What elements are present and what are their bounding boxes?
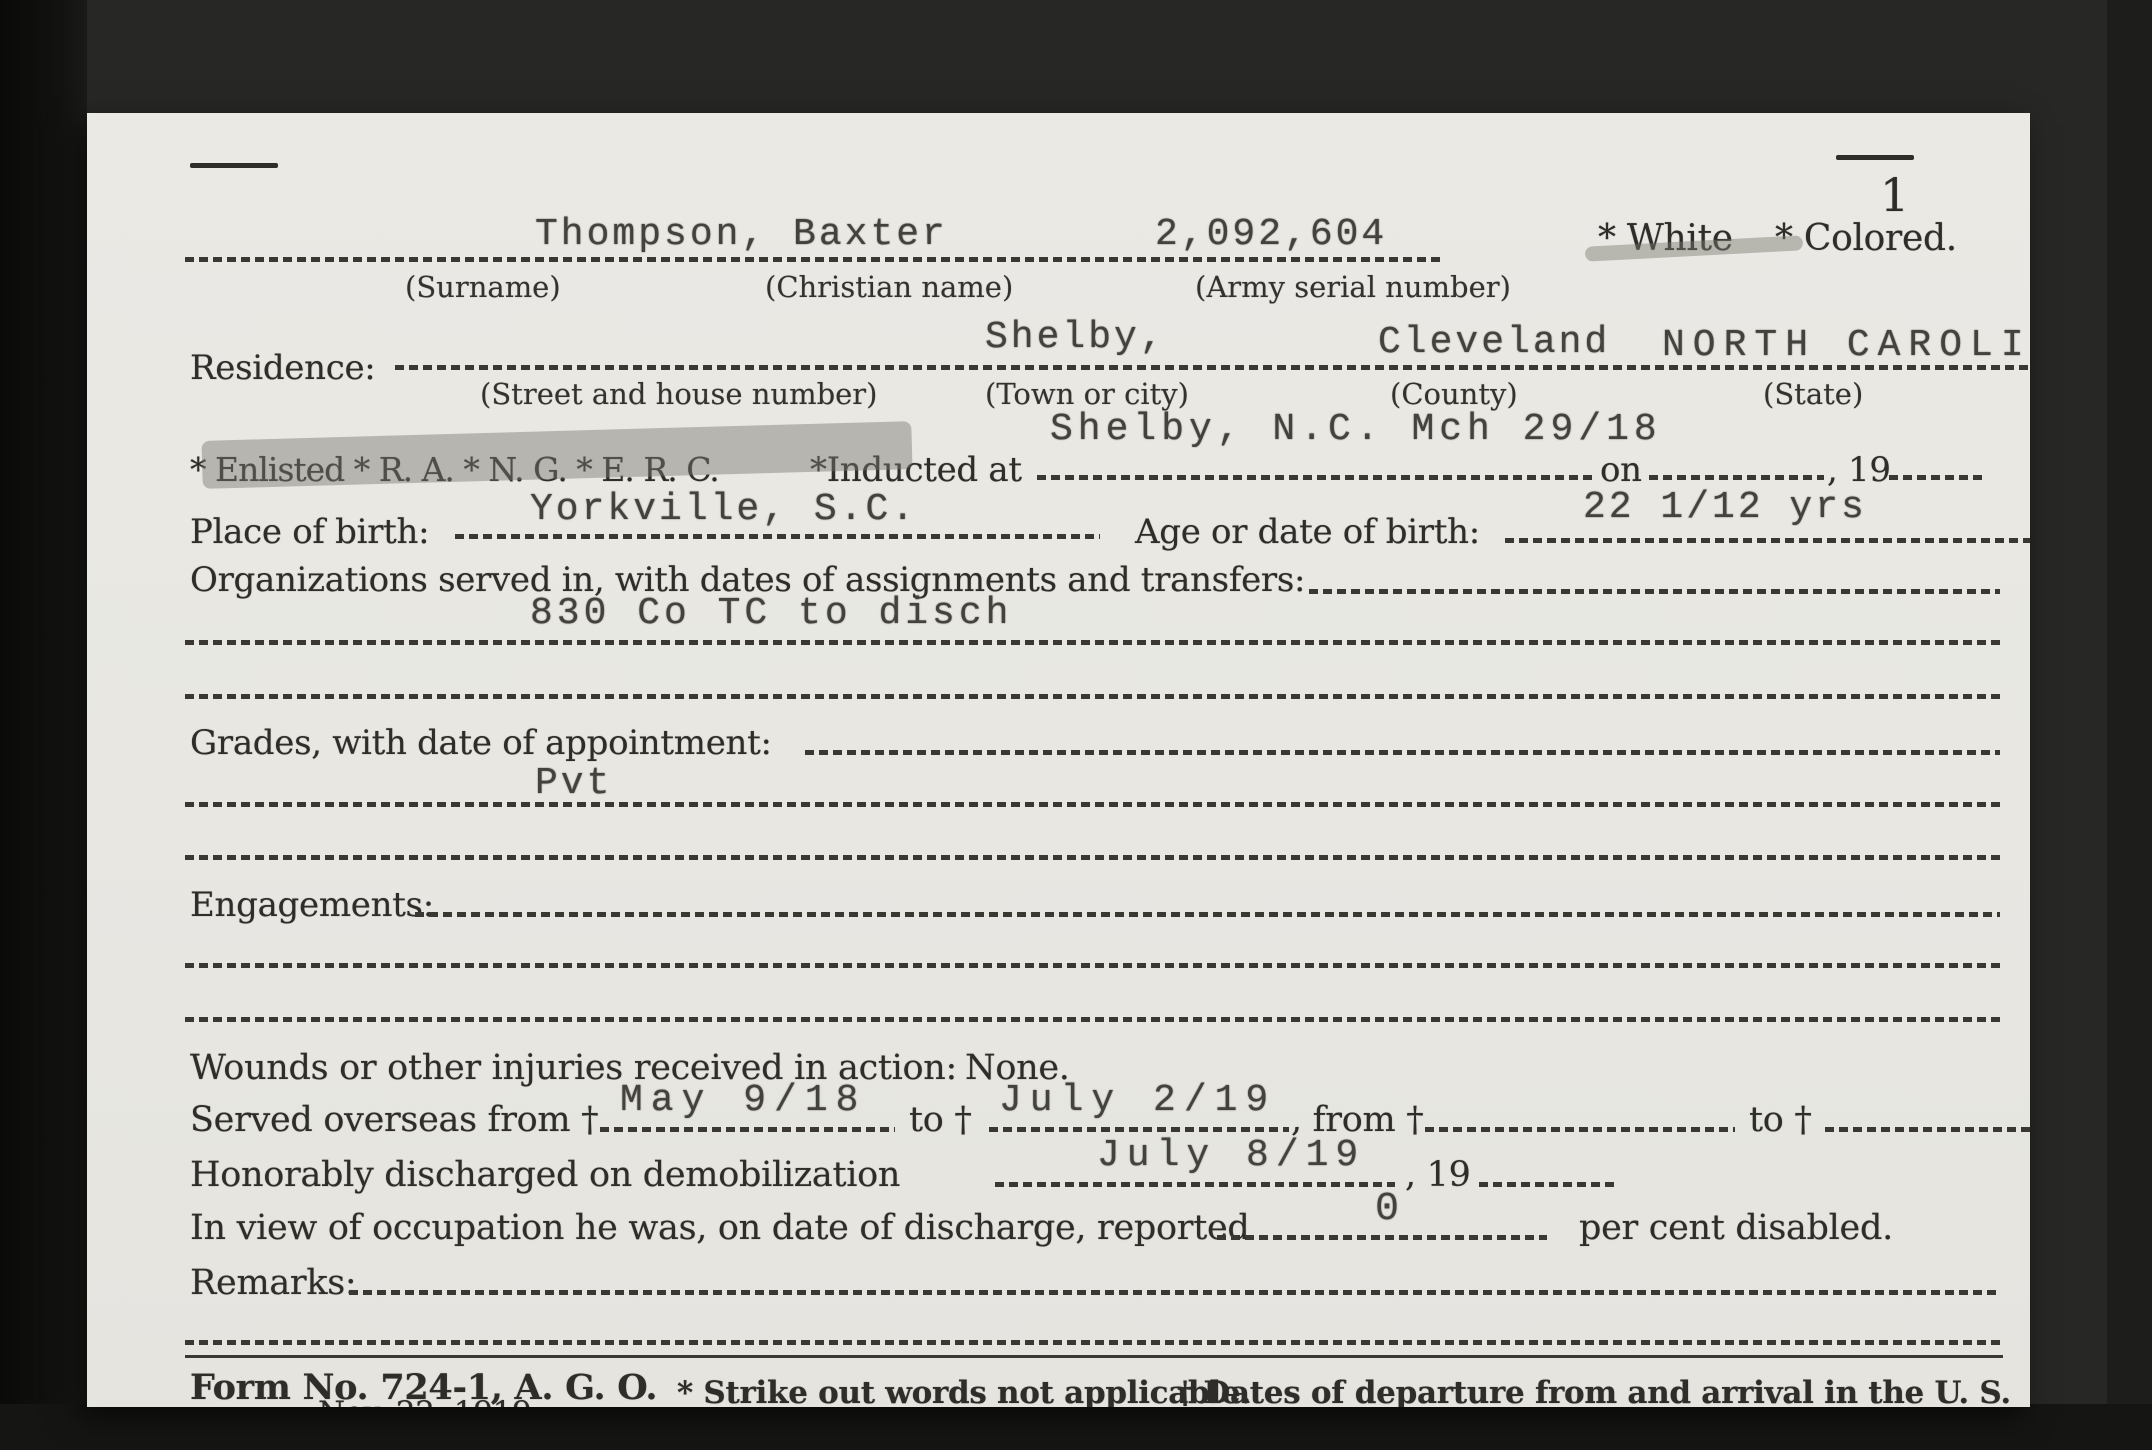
grades-rule-1	[805, 750, 2000, 755]
typed-disability-value: 0	[1375, 1187, 1402, 1232]
bottom-solid-rule	[185, 1355, 2003, 1358]
age-label: Age or date of birth:	[1135, 512, 1480, 552]
organizations-rule-1	[1309, 589, 2000, 594]
organizations-rule-3	[185, 694, 2000, 699]
overseas-to1-label: to †	[909, 1100, 972, 1140]
christian-name-caption: (Christian name)	[765, 270, 1013, 304]
overseas-from1-rule	[600, 1127, 895, 1132]
place-of-birth-rule	[455, 534, 1100, 539]
remarks-rule	[349, 1290, 2000, 1295]
overseas-to2-label: to †	[1749, 1100, 1812, 1140]
grades-rule-2	[185, 802, 2000, 807]
organizations-rule-2	[185, 640, 2000, 645]
name-row-rule	[185, 257, 1443, 262]
engagements-label: Engagements:	[190, 885, 434, 925]
residence-label: Residence:	[190, 348, 375, 388]
typed-induction-place-date: Shelby, N.C. Mch 29/18	[1050, 408, 1662, 451]
typed-discharge-date: July 8/19	[1097, 1134, 1365, 1177]
state-caption: (State)	[1763, 377, 1863, 411]
scan-border-bottom	[0, 1404, 2152, 1450]
discharge-year-label: , 19	[1405, 1155, 1471, 1195]
strike-note-label: * Strike out words not applicable.	[677, 1375, 1251, 1407]
typed-state-value: NORTH CAROLINA	[1662, 324, 2030, 367]
form-date-label: Nov. 22, 1919	[318, 1395, 531, 1407]
dagger-note-label: † Dates of departure from and arrival in…	[1177, 1375, 2011, 1407]
typed-name-value: Thompson, Baxter	[535, 213, 948, 256]
typed-overseas-from1: May 9/18	[620, 1079, 866, 1122]
inducted-at-rule	[1037, 475, 1597, 480]
age-rule	[1505, 538, 2030, 543]
race-colored-label: * Colored.	[1775, 218, 1957, 259]
typed-county-value: Cleveland	[1378, 321, 1610, 364]
scan-border-right	[2107, 0, 2152, 1450]
county-caption: (County)	[1390, 377, 1518, 411]
pen-mark-top-left	[190, 163, 278, 168]
grades-rule-3	[185, 855, 2000, 860]
bottom-dotted-rule	[185, 1340, 2000, 1345]
overseas-from2-rule	[1425, 1127, 1735, 1132]
overseas-to1-rule	[989, 1127, 1289, 1132]
page-number: 1	[1880, 168, 1909, 222]
inducted-on-label: on	[1600, 450, 1642, 490]
street-caption: (Street and house number)	[480, 377, 877, 411]
overseas-from1-label: Served overseas from †	[190, 1100, 598, 1140]
inducted-year-rule	[1889, 475, 1984, 480]
typed-overseas-to1: July 2/19	[999, 1079, 1276, 1122]
town-caption: (Town or city)	[985, 377, 1189, 411]
remarks-label: Remarks:	[190, 1263, 356, 1303]
grades-label: Grades, with date of appointment:	[190, 723, 772, 763]
scan-border-left	[0, 0, 87, 1450]
disability-rule	[1217, 1235, 1547, 1240]
engagements-rule-2	[185, 963, 2000, 968]
inducted-year-label: , 19	[1827, 450, 1891, 490]
surname-caption: (Surname)	[405, 270, 561, 304]
service-record-card: 1 Thompson, Baxter 2,092,604 * White * C…	[87, 113, 2030, 1407]
discharge-rule-2	[1479, 1182, 1619, 1187]
strike-mark-enlistment-options	[201, 421, 912, 489]
engagements-rule-1	[415, 912, 2000, 917]
place-of-birth-label: Place of birth:	[190, 512, 429, 552]
army-serial-caption: (Army serial number)	[1195, 270, 1511, 304]
discharge-label: Honorably discharged on demobilization	[190, 1155, 900, 1195]
typed-serial-value: 2,092,604	[1155, 213, 1387, 256]
disability-label: In view of occupation he was, on date of…	[190, 1208, 1249, 1248]
disability-suffix-label: per cent disabled.	[1579, 1208, 1893, 1248]
residence-rule	[395, 365, 2030, 370]
typed-grade-value: Pvt	[535, 762, 612, 805]
inducted-on-rule	[1649, 475, 1824, 480]
typed-organizations-value: 830 Co TC to disch	[530, 592, 1012, 635]
typed-age-value: 22 1/12 yrs	[1583, 486, 1867, 529]
overseas-to2-rule	[1825, 1127, 2030, 1132]
typed-place-of-birth: Yorkville, S.C.	[530, 488, 917, 531]
discharge-rule-1	[995, 1182, 1395, 1187]
engagements-rule-3	[185, 1017, 2000, 1022]
pen-mark-top-right	[1836, 155, 1914, 160]
typed-town-value: Shelby,	[985, 316, 1166, 359]
